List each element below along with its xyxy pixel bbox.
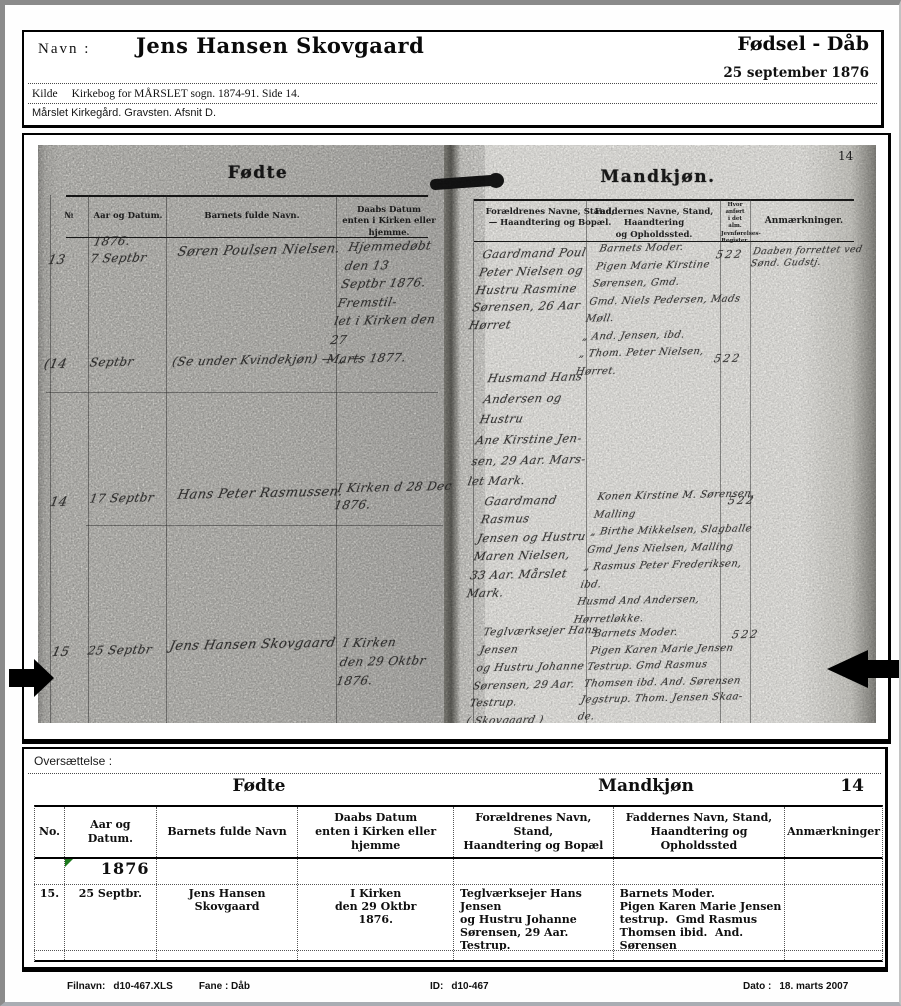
filename-label: Filnavn: (67, 981, 105, 992)
entry-date: Septbr (88, 353, 135, 372)
year-cell: 1876 (65, 859, 157, 884)
row-witnesses: Barnets Moder. Pigen Karen Marie Jensen … (614, 885, 786, 950)
row-remarks (785, 885, 882, 950)
church-book-scan: Fødte № Aar og Datum. Barnets fulde Navn… (38, 145, 876, 723)
row-date: 25 Septbr. (65, 885, 157, 950)
divider (28, 773, 881, 774)
entry-name: Hans Peter Rasmussen. (176, 482, 355, 505)
event-date: 25 september 1876 (723, 65, 869, 81)
footer-file-info: Filnavn:d10-467.XLSFane : Dåb (67, 981, 250, 992)
scan-box: Fødte № Aar og Datum. Barnets fulde Navn… (22, 133, 891, 744)
entry-date: 17 Septbr (88, 488, 156, 507)
grid-line (166, 195, 167, 723)
empty-cell (785, 859, 882, 884)
col-header-baptism: Daabs Datum enten i Kirken eller hjemme (298, 807, 454, 857)
scan-col-remarks: Anmærkninger. (754, 215, 854, 227)
col-header-name: Barnets fulde Navn (157, 807, 299, 857)
name-label: Navn : (38, 41, 90, 58)
entry-baptism: I Kirken d 28 Dec 1876. (332, 478, 457, 515)
divider (28, 103, 877, 104)
col-header-no: No. (35, 807, 65, 857)
empty-row (34, 950, 883, 962)
empty-cell (65, 951, 157, 960)
divider (28, 83, 877, 84)
empty-cell (298, 951, 454, 960)
cell-marker-icon (65, 859, 73, 867)
scan-page-number: 14 (838, 149, 853, 163)
row-name: Jens Hansen Skovgaard (157, 885, 299, 950)
page-footer: Filnavn:d10-467.XLSFane : Dåb ID:d10-467… (5, 981, 899, 997)
row-parents: Teglværksejer Hans Jensen og Hustru Joha… (454, 885, 614, 950)
id-value: d10-467 (451, 981, 488, 992)
scan-col-baptism: Daabs Datum enten i Kirken eller hjemme. (336, 205, 442, 239)
source-label: Kilde (32, 88, 58, 100)
entry-no: (14 (42, 355, 69, 375)
scan-left-title: Fødte (158, 163, 358, 183)
col-header-witnesses: Faddernes Navn, Stand, Haandtering og Op… (614, 807, 786, 857)
id-label: ID: (430, 981, 443, 992)
date-value: 18. marts 2007 (779, 981, 848, 992)
entry-register: 522 (712, 351, 742, 368)
record-row: 15. 25 Septbr. Jens Hansen Skovgaard I K… (34, 884, 883, 950)
empty-cell (35, 951, 65, 960)
col-header-parents: Forældrenes Navn, Stand, Haandtering og … (454, 807, 614, 857)
empty-cell (614, 859, 786, 884)
entry-remarks: Daaben forrettet ved Sønd. Gudstj. (749, 244, 876, 271)
empty-cell (298, 859, 454, 884)
row-baptism: I Kirken den 29 Oktbr 1876. (298, 885, 454, 950)
empty-cell (157, 859, 299, 884)
scan-col-no: № (50, 211, 88, 222)
translation-table: No. Aar og Datum. Barnets fulde Navn Daa… (34, 805, 883, 962)
scan-col-witnesses: Faddernes Navne, Stand, Haandtering og O… (590, 207, 718, 241)
source-value: Kirkebog for MÅRSLET sogn. 1874-91. Side… (72, 88, 300, 100)
grid-line (50, 195, 51, 723)
entry-parents: Gaardmand Poul Peter Nielsen og Hustru R… (467, 244, 603, 336)
entry-register: 522 (730, 627, 760, 644)
entry-register: 522 (714, 247, 744, 264)
header-box: Navn : Jens Hansen Skovgaard Fødsel - Då… (22, 30, 884, 128)
entry-parents: Husmand Hans Andersen og Hustru Ane Kirs… (466, 366, 610, 493)
group-header-page-number: 14 (822, 776, 864, 796)
left-pointer-arrow-icon (9, 657, 55, 699)
grave-note: Mårslet Kirkegård. Gravsten. Afsnit D. (32, 107, 216, 119)
empty-cell (454, 951, 614, 960)
empty-cell (454, 859, 614, 884)
entry-register: 522 (726, 493, 756, 510)
ruled-line (46, 392, 438, 393)
col-header-date: Aar og Datum. (65, 807, 157, 857)
footer-date: Dato :18. marts 2007 (743, 981, 848, 992)
scan-col-name: Barnets fulde Navn. (168, 211, 336, 222)
year-no-cell (35, 859, 65, 884)
year-row: 1876 (34, 859, 883, 884)
person-name: Jens Hansen Skovgaard (136, 33, 424, 58)
scan-right-title: Mandkjøn. (558, 167, 758, 187)
entry-date: 1876. 7 Septbr (89, 232, 152, 268)
scan-col-date: Aar og Datum. (90, 211, 166, 222)
translation-label: Oversættelse : (34, 754, 112, 768)
entry-baptism: I Kirken den 29 Oktbr 1876. (334, 632, 453, 692)
date-label: Dato : (743, 981, 771, 992)
col-header-remarks: Anmærkninger (785, 807, 882, 857)
translation-box: Oversættelse : Fødte Mandkjøn 14 No. Aar… (22, 747, 888, 972)
rule (474, 199, 854, 201)
event-type: Fødsel - Dåb (737, 33, 869, 55)
empty-cell (614, 951, 786, 960)
record-page: Navn : Jens Hansen Skovgaard Fødsel - Då… (0, 0, 901, 1006)
source-line: KildeKirkebog for MÅRSLET sogn. 1874-91.… (32, 88, 300, 100)
entry-name: Søren Poulsen Nielsen. (176, 239, 350, 262)
sheet-label: Fane : Dåb (199, 981, 250, 992)
row-no: 15. (35, 885, 65, 950)
binding-knot (488, 173, 504, 188)
group-header-mandkjon: Mandkjøn (546, 776, 746, 796)
year-value: 1876 (101, 859, 150, 878)
right-pointer-arrow-icon (825, 647, 901, 691)
empty-cell (157, 951, 299, 960)
filename-value: d10-467.XLS (113, 981, 172, 992)
table-header-row: No. Aar og Datum. Barnets fulde Navn Daa… (34, 805, 883, 859)
entry-name: Jens Hansen Skovgaard (168, 633, 368, 657)
footer-id: ID:d10-467 (430, 981, 489, 992)
group-header-fodte: Fødte (159, 776, 359, 796)
ruled-line (86, 525, 443, 526)
entry-date: 25 Septbr (86, 640, 154, 659)
rule (66, 195, 428, 197)
empty-cell (785, 951, 882, 960)
